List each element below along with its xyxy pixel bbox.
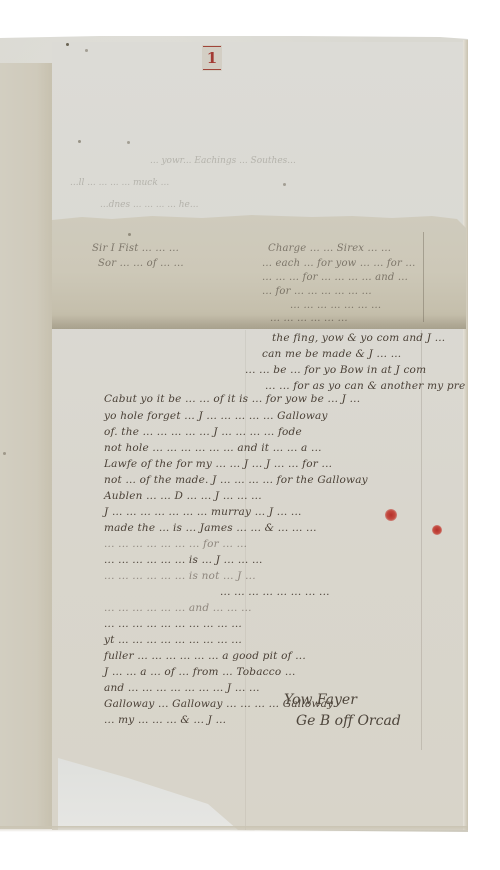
letter-line: ... ... ... ... ... ... is not ... J ... — [104, 570, 256, 582]
letter-line: ... ... for as yo can & another my pre — [265, 380, 465, 392]
foxing-spot — [128, 233, 131, 236]
bleed-through-line: ... yowr... Eachings ... Southes... — [150, 156, 296, 166]
strip-crease — [423, 232, 424, 322]
folio-rule-bottom — [203, 69, 221, 70]
letter-line: ... ... ... ... ... ... ... for ... ... — [104, 538, 247, 550]
foxing-spot — [66, 43, 69, 46]
letter-line: the fing, yow & yo com and J ... — [272, 332, 445, 344]
strip-text-line: Sir I Fist ... ... ... — [92, 243, 179, 254]
strip-text-line: ... ... ... for ... ... ... ... and ... — [262, 272, 408, 283]
page-right-edge — [463, 40, 468, 830]
folio-number: 1 — [202, 49, 222, 67]
letter-line: can me be made & J ... ... — [262, 348, 401, 360]
signature-line-2: Ge B off Orcad — [296, 713, 401, 729]
strip-text-line: Sor ... ... of ... ... — [98, 258, 184, 269]
letter-line: fuller ... ... ... ... ... ... a good pi… — [104, 650, 306, 662]
bleed-through-line: ...ll ... ... ... ... muck ... — [70, 178, 169, 188]
letter-line: ... ... ... ... ... ... ... ... — [220, 586, 330, 598]
folio-rule-top — [203, 46, 221, 47]
letter-line: not ... of the made. J ... ... ... ... f… — [104, 474, 368, 486]
letter-line: J ... ... a ... of ... from ... Tobacco … — [104, 666, 296, 678]
letter-line: ... ... ... ... ... ... ... ... ... ... — [104, 618, 242, 630]
strip-text-line: Charge ... ... Sirex ... ... — [268, 243, 391, 254]
page-crease — [245, 330, 246, 830]
inner-leaf-edge — [0, 63, 53, 829]
letter-line: ... ... ... ... ... ... and ... ... ... — [104, 602, 252, 614]
strip-text-line: ... ... ... ... ... ... — [270, 313, 348, 324]
letter-line: ... ... be ... for yo Bow in at J com — [245, 364, 426, 376]
letter-line: Aublen ... ... D ... ... J ... ... ... — [104, 490, 262, 502]
manuscript-scan: 1 ... yowr... Eachings ... Southes... ..… — [0, 0, 500, 870]
foxing-spot — [3, 452, 6, 455]
wax-seal-mark — [385, 509, 397, 521]
page-bottom-edge — [0, 826, 468, 832]
letter-line: yt ... ... ... ... ... ... ... ... ... — [104, 634, 242, 646]
letter-line: and ... ... ... ... ... ... ... J ... ..… — [104, 682, 260, 694]
letter-line: ... ... ... ... ... ... is ... J ... ...… — [104, 554, 263, 566]
foxing-spot — [78, 140, 81, 143]
letter-line: Cabut yo it be ... ... of it is ... for … — [104, 393, 360, 405]
letter-line: of. the ... ... ... ... ... J ... ... ..… — [104, 426, 302, 438]
folio-number-label: 1 — [202, 45, 222, 71]
foxing-spot — [283, 183, 286, 186]
wax-seal-mark — [432, 525, 442, 535]
letter-line: Lawfe of the for my ... ... J ... J ... … — [104, 458, 332, 470]
letter-line: J ... ... ... ... ... ... ... murray ...… — [104, 506, 302, 518]
page-crease — [421, 330, 422, 750]
letter-line: not hole ... ... ... ... ... ... and it … — [104, 442, 322, 454]
bleed-through-line: ...dnes ... ... ... ... he... — [100, 200, 198, 210]
letter-line: made the ... is ... James ... ... & ... … — [104, 522, 317, 534]
letter-line: ... my ... ... ... & ... J ... — [104, 714, 226, 726]
strip-text-line: ... each ... for yow ... ... for ... — [262, 258, 415, 269]
signature-line-1: Yow Fayer — [284, 692, 357, 708]
strip-text-line: ... for ... ... ... ... ... ... — [262, 286, 372, 297]
foxing-spot — [85, 49, 88, 52]
foxing-spot — [127, 141, 130, 144]
letter-line: yo hole forget ... J ... ... ... ... ...… — [104, 410, 328, 422]
strip-text-line: ... ... ... ... ... ... ... — [290, 300, 381, 311]
